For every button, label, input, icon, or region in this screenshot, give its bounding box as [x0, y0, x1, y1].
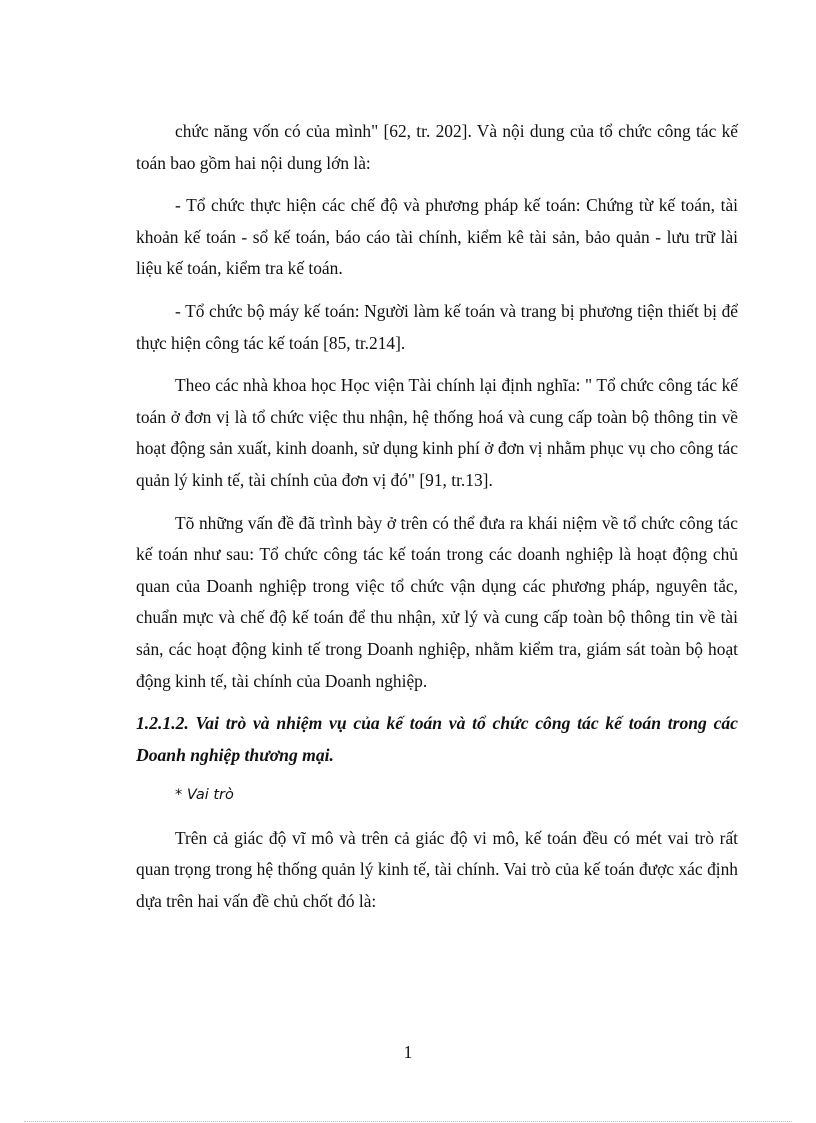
page-boundary-divider	[24, 1121, 792, 1122]
page-number: 1	[0, 1042, 816, 1063]
document-page: chức năng vốn có của mình" [62, tr. 202]…	[136, 116, 738, 918]
paragraph-role-intro: Trên cả giác độ vĩ mô và trên cả giác độ…	[136, 823, 738, 918]
paragraph-continuation: chức năng vốn có của mình" [62, tr. 202]…	[136, 116, 738, 179]
paragraph-bullet-accounting-apparatus: - Tổ chức bộ máy kế toán: Người làm kế t…	[136, 296, 738, 359]
subheading-role: * Vai trò	[136, 780, 738, 812]
paragraph-bullet-accounting-methods: - Tổ chức thực hiện các chế độ và phương…	[136, 190, 738, 285]
section-heading: 1.2.1.2. Vai trò và nhiệm vụ của kế toán…	[136, 708, 738, 771]
paragraph-academy-definition: Theo các nhà khoa học Học viện Tài chính…	[136, 370, 738, 496]
paragraph-concept-definition: Tõ những vấn đề đã trình bày ở trên có t…	[136, 508, 738, 698]
